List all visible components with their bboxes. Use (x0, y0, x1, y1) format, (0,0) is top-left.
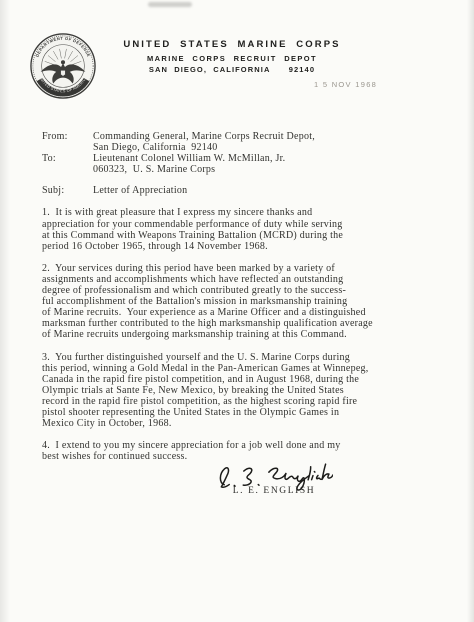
to-row: To: Lieutenant Colonel William W. McMill… (42, 153, 447, 175)
letterhead-dept-name: MARINE CORPS RECRUIT DEPOT (0, 54, 464, 63)
from-row: From: Commanding General, Marine Corps R… (42, 131, 447, 153)
signature-handwritten (215, 460, 334, 494)
subject-value: Letter of Appreciation (93, 185, 447, 196)
paragraph-2: 2. Your services during this period have… (42, 263, 447, 341)
date-stamp: 1 5 NOV 1968 (314, 80, 377, 89)
scan-edge-shadow-left (0, 0, 10, 622)
letterhead-org-name: UNITED STATES MARINE CORPS (0, 39, 464, 50)
letterhead: UNITED STATES MARINE CORPS MARINE CORPS … (0, 39, 464, 74)
scan-edge-shadow-right (467, 0, 474, 622)
from-value: Commanding General, Marine Corps Recruit… (93, 131, 447, 153)
to-value: Lieutenant Colonel William W. McMillan, … (93, 153, 447, 175)
letterhead-address: SAN DIEGO, CALIFORNIA 92140 (0, 65, 464, 74)
scanned-letter-page: DEPARTMENT OF DEFENSE UNITED STATES OF A… (0, 0, 474, 622)
paragraph-4: 4. I extend to you my sincere appreciati… (42, 440, 447, 462)
paragraph-1: 1. It is with great pleasure that I expr… (42, 207, 447, 251)
from-label: From: (42, 131, 93, 153)
signature-block: L. E. ENGLISH (214, 462, 334, 496)
paragraph-3: 3. You further distinguished yourself an… (42, 352, 447, 430)
scan-artifact-smudge (148, 2, 192, 7)
letter-body: From: Commanding General, Marine Corps R… (42, 131, 447, 462)
subject-label: Subj: (42, 185, 93, 196)
to-label: To: (42, 153, 93, 175)
subject-row: Subj: Letter of Appreciation (42, 185, 447, 196)
